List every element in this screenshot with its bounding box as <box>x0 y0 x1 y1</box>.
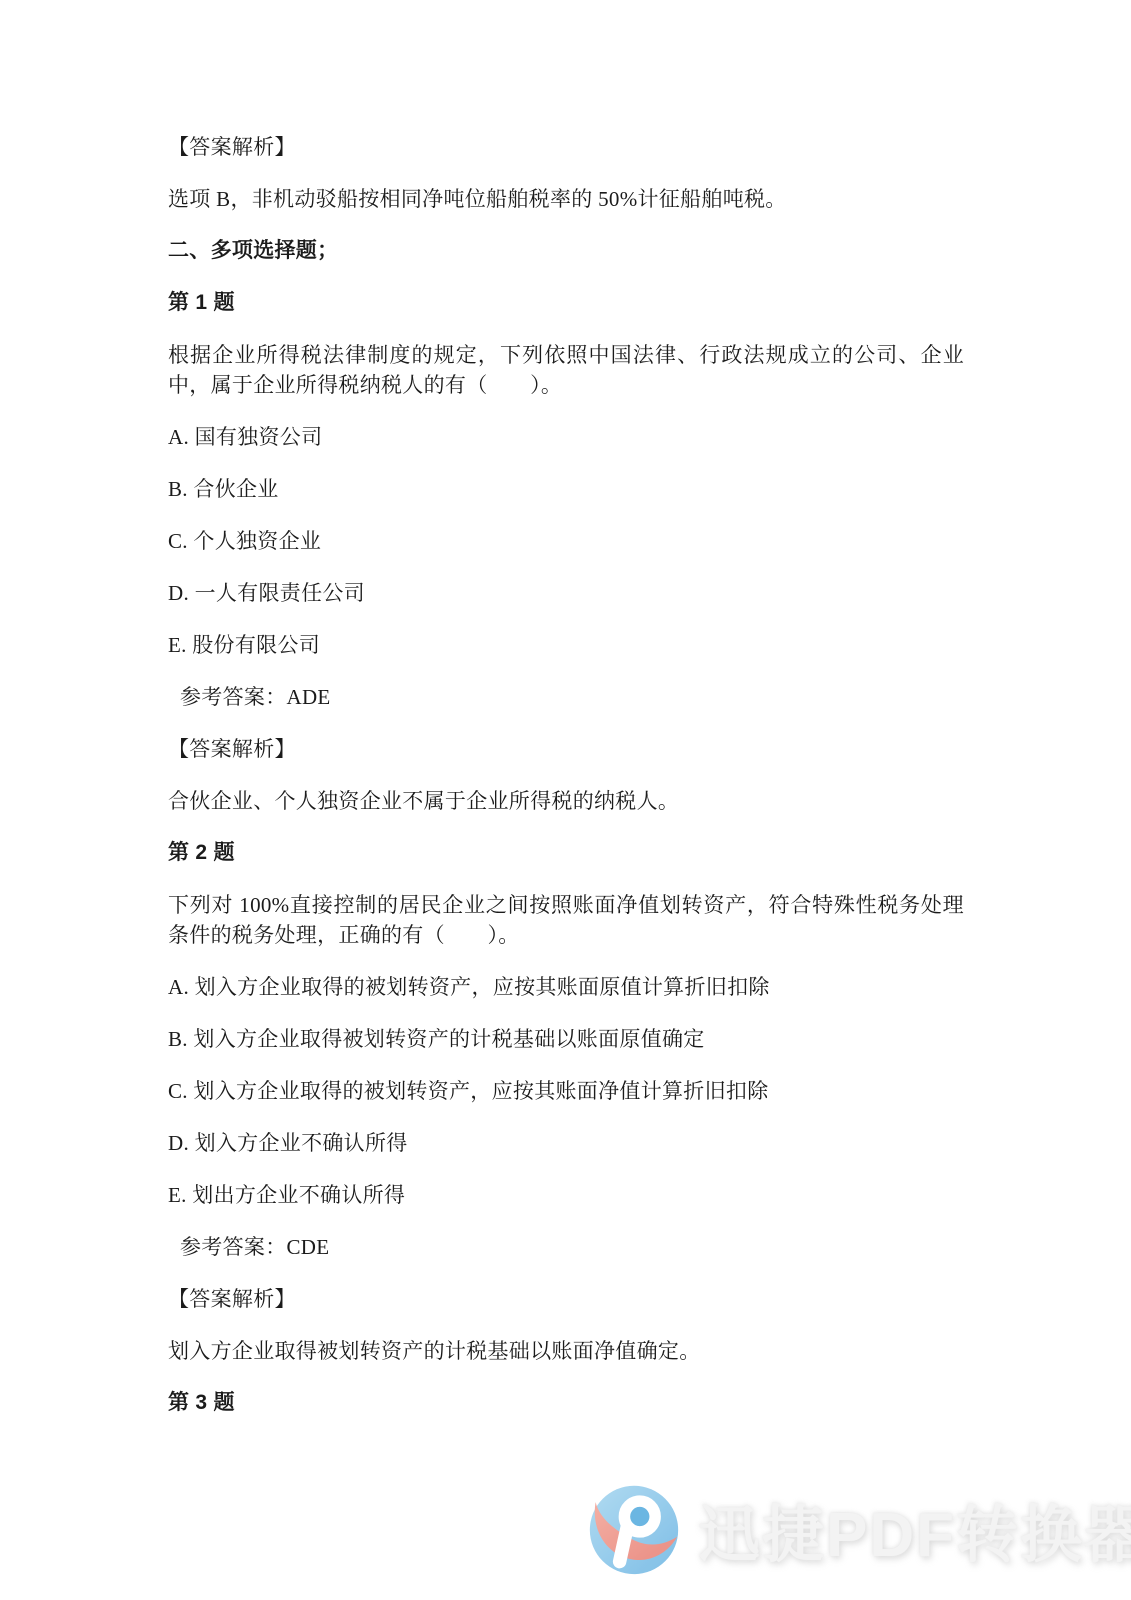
question-2-option-a: A. 划入方企业取得的被划转资产，应按其账面原值计算折旧扣除 <box>168 972 964 1002</box>
question-1-analysis-text: 合伙企业、个人独资企业不属于企业所得税的纳税人。 <box>168 786 964 816</box>
document-page: 【答案解析】 选项 B，非机动驳船按相同净吨位船舶税率的 50%计征船舶吨税。 … <box>0 0 1131 1600</box>
answer-label: 参考答案： <box>180 685 287 709</box>
question-1-option-c: C. 个人独资企业 <box>168 526 964 556</box>
analysis-text: 选项 B，非机动驳船按相同净吨位船舶税率的 50%计征船舶吨税。 <box>168 184 964 214</box>
question-1-option-e: E. 股份有限公司 <box>168 630 964 660</box>
pdf-converter-logo-icon <box>586 1480 682 1578</box>
question-1-option-d: D. 一人有限责任公司 <box>168 578 964 608</box>
question-1-option-b: B. 合伙企业 <box>168 474 964 504</box>
document-content: 【答案解析】 选项 B，非机动驳船按相同净吨位船舶税率的 50%计征船舶吨税。 … <box>168 132 964 1440</box>
section-heading: 二、多项选择题； <box>168 236 964 266</box>
question-1-title: 第 1 题 <box>168 288 964 318</box>
question-1-analysis-header: 【答案解析】 <box>168 734 964 764</box>
watermark: 迅捷PDF转换器 <box>586 1480 1131 1578</box>
answer-value: CDE <box>287 1235 330 1259</box>
answer-value: ADE <box>287 685 331 709</box>
question-1-option-a: A. 国有独资公司 <box>168 422 964 452</box>
answer-label: 参考答案： <box>180 1235 287 1259</box>
question-2-analysis-text: 划入方企业取得被划转资产的计税基础以账面净值确定。 <box>168 1336 964 1366</box>
question-1-answer-line: 参考答案：ADE <box>168 682 964 712</box>
question-2-title: 第 2 题 <box>168 838 964 868</box>
question-2-option-c: C. 划入方企业取得的被划转资产，应按其账面净值计算折旧扣除 <box>168 1076 964 1106</box>
question-2-option-d: D. 划入方企业不确认所得 <box>168 1128 964 1158</box>
question-2-option-b: B. 划入方企业取得被划转资产的计税基础以账面原值确定 <box>168 1024 964 1054</box>
question-2-answer-line: 参考答案：CDE <box>168 1232 964 1262</box>
analysis-header: 【答案解析】 <box>168 132 964 162</box>
question-2-stem: 下列对 100%直接控制的居民企业之间按照账面净值划转资产，符合特殊性税务处理条… <box>168 890 964 950</box>
watermark-text: 迅捷PDF转换器 <box>698 1504 1131 1568</box>
question-2-analysis-header: 【答案解析】 <box>168 1284 964 1314</box>
question-1-stem: 根据企业所得税法律制度的规定，下列依照中国法律、行政法规成立的公司、企业中，属于… <box>168 340 964 400</box>
question-3-title: 第 3 题 <box>168 1388 964 1418</box>
question-2-option-e: E. 划出方企业不确认所得 <box>168 1180 964 1210</box>
